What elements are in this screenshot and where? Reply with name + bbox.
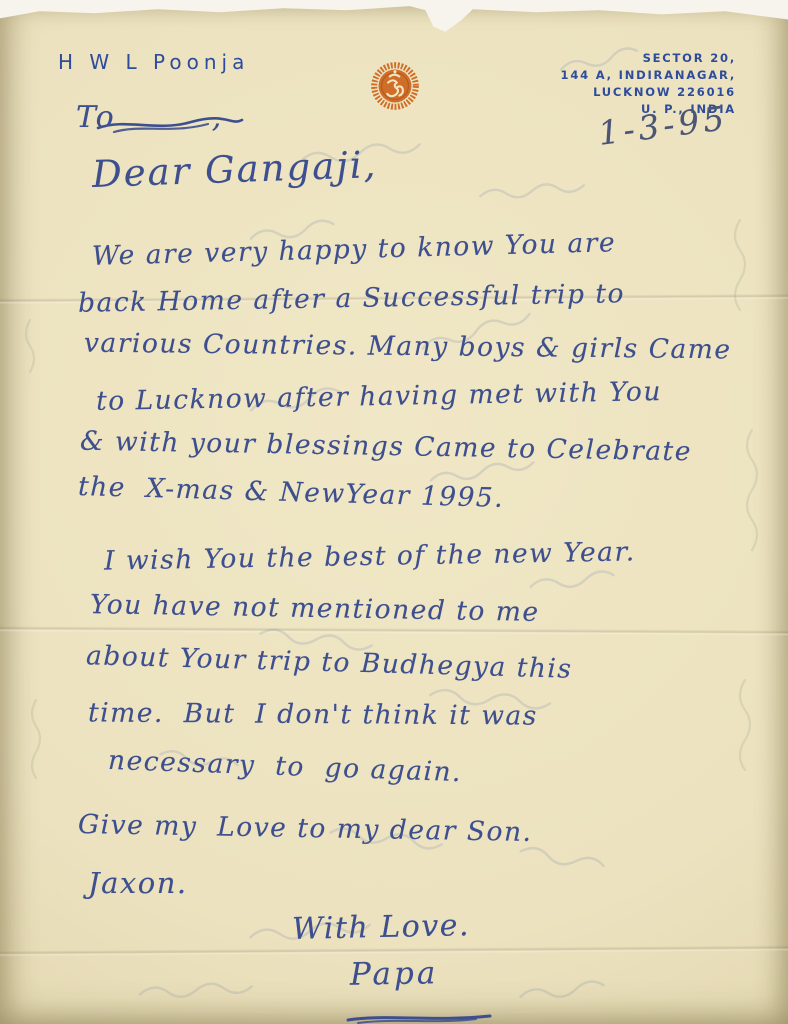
address-line: LUCKNOW 226016 [561, 84, 736, 101]
body-line-jaxon: Jaxon. [88, 866, 188, 900]
om-seal-icon [369, 60, 421, 112]
address-line: SECTOR 20, [561, 50, 736, 67]
address-line: 144 A, INDIRANAGAR, [561, 67, 736, 84]
crossed-out-word: To, [76, 100, 221, 135]
letterhead-author-name: H W L Poonja [58, 50, 249, 74]
body-line: time. But I don't think it was [88, 697, 538, 731]
scanned-letter: H W L Poonja SECTOR 20, 144 A, INDIRANAG… [0, 0, 788, 1024]
signature: Papa [350, 955, 439, 993]
closing: With Love. [292, 908, 471, 947]
